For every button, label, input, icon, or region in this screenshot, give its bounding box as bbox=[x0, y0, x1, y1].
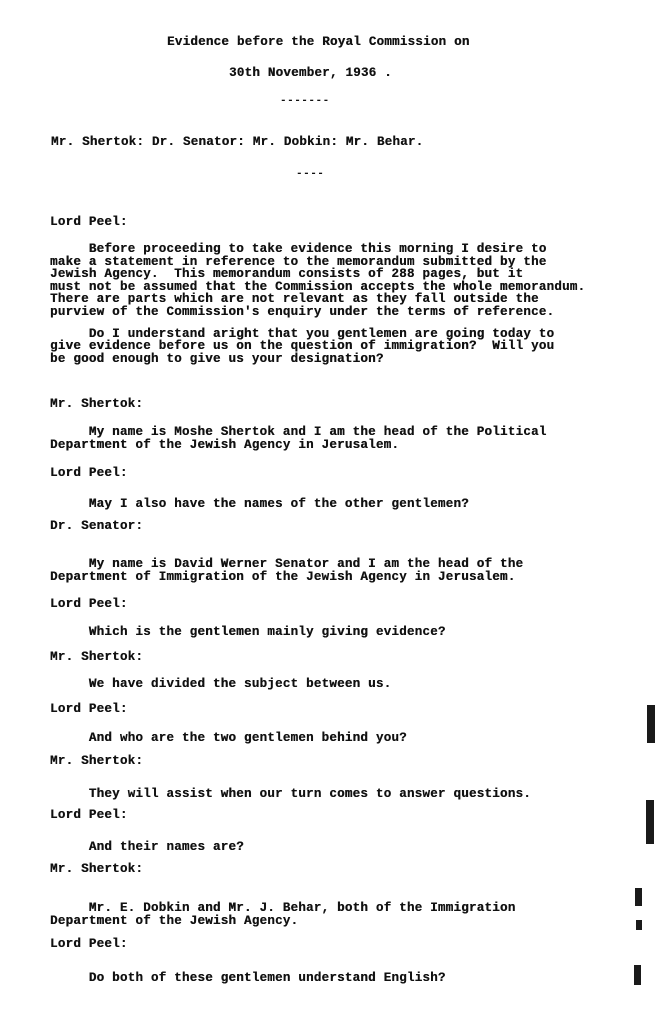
title-divider: ------- bbox=[280, 95, 330, 107]
scan-artifact bbox=[635, 888, 642, 906]
attendees-divider: ---- bbox=[296, 168, 324, 180]
document-date: 30th November, 1936 . bbox=[229, 67, 392, 80]
scan-artifact bbox=[634, 965, 641, 985]
speech-line: Department of Immigration of the Jewish … bbox=[50, 571, 515, 584]
speech-line: And their names are? bbox=[50, 841, 244, 854]
speaker-label: Lord Peel: bbox=[50, 809, 128, 822]
speech-line: Department of the Jewish Agency in Jerus… bbox=[50, 439, 399, 452]
speaker-label: Mr. Shertok: bbox=[50, 755, 143, 768]
speech-line: Department of the Jewish Agency. bbox=[50, 915, 298, 928]
scan-artifact bbox=[636, 920, 642, 930]
document-title: Evidence before the Royal Commission on bbox=[167, 36, 470, 49]
speaker-label: Lord Peel: bbox=[50, 467, 128, 480]
speaker-label: Lord Peel: bbox=[50, 598, 128, 611]
speech-line: They will assist when our turn comes to … bbox=[50, 788, 531, 801]
speech-line: We have divided the subject between us. bbox=[50, 678, 391, 691]
speaker-label: Lord Peel: bbox=[50, 703, 128, 716]
speech-line: Do both of these gentlemen understand En… bbox=[50, 972, 446, 985]
speaker-label: Lord Peel: bbox=[50, 938, 128, 951]
speaker-label: Lord Peel: bbox=[50, 216, 128, 229]
speech-line: Which is the gentlemen mainly giving evi… bbox=[50, 626, 446, 639]
document-page: Evidence before the Royal Commission on … bbox=[0, 0, 671, 1024]
scan-artifact bbox=[647, 705, 655, 743]
speaker-label: Mr. Shertok: bbox=[50, 398, 143, 411]
speaker-label: Mr. Shertok: bbox=[50, 651, 143, 664]
speech-line: be good enough to give us your designati… bbox=[50, 353, 384, 366]
speaker-label: Dr. Senator: bbox=[50, 520, 143, 533]
speech-line: And who are the two gentlemen behind you… bbox=[50, 732, 407, 745]
speech-line: purview of the Commission's enquiry unde… bbox=[50, 306, 554, 319]
speech-line: May I also have the names of the other g… bbox=[50, 498, 469, 511]
scan-artifact bbox=[646, 800, 654, 844]
attendees-line: Mr. Shertok: Dr. Senator: Mr. Dobkin: Mr… bbox=[51, 136, 423, 149]
speaker-label: Mr. Shertok: bbox=[50, 863, 143, 876]
